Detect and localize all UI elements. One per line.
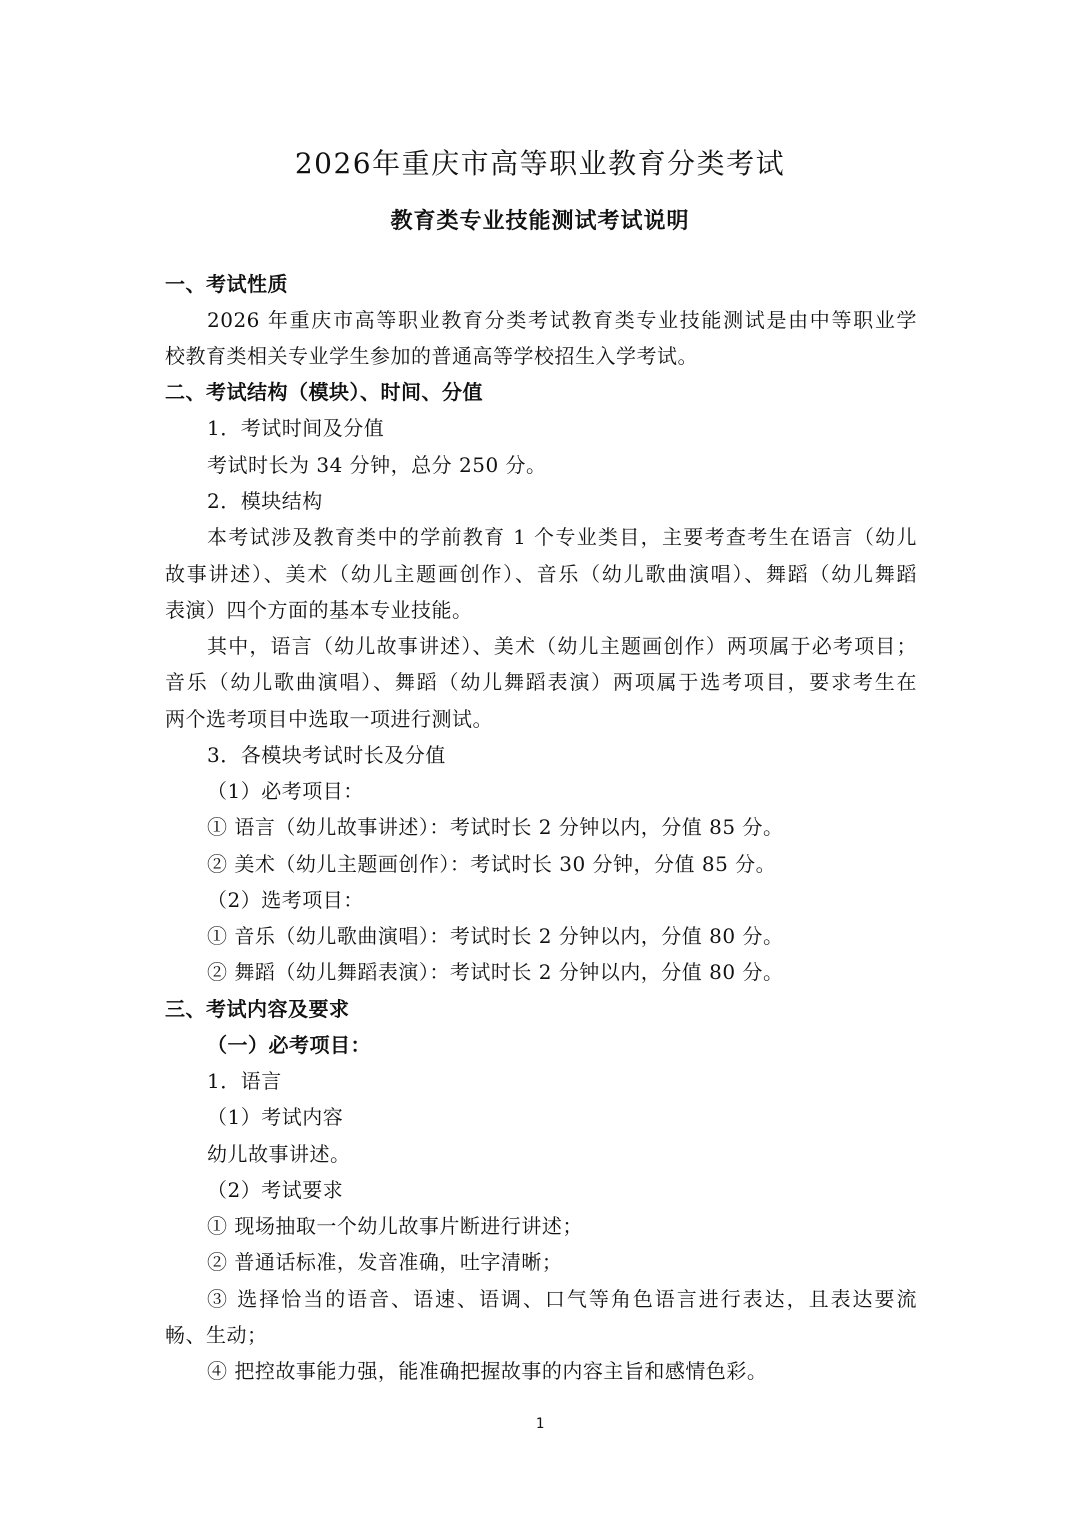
section-heading-2: 二、考试结构（模块）、时间、分值 — [165, 378, 483, 406]
document-page: 2026年重庆市高等职业教育分类考试 教育类专业技能测试考试说明 一、考试性质 … — [0, 0, 1080, 1527]
list-item-continuation: 畅、生动； — [165, 1321, 268, 1349]
list-item: ④ 把控故事能力强，能准确把握故事的内容主旨和感情色彩。 — [207, 1357, 767, 1385]
document-subtitle: 教育类专业技能测试考试说明 — [0, 204, 1080, 235]
subsection-heading: 1．语言 — [207, 1067, 282, 1095]
list-heading: （1）考试内容 — [207, 1103, 343, 1131]
subsection-heading: 1．考试时间及分值 — [207, 414, 384, 442]
list-item: ① 语言（幼儿故事讲述）：考试时长 2 分钟以内，分值 85 分。 — [207, 813, 783, 841]
paragraph-line: 本考试涉及教育类中的学前教育 1 个专业类目，主要考查考生在语言（幼儿 — [207, 523, 917, 551]
list-heading: （1）必考项目： — [207, 777, 364, 805]
list-item: ① 现场抽取一个幼儿故事片断进行讲述； — [207, 1212, 583, 1240]
list-heading: （2）考试要求 — [207, 1176, 343, 1204]
paragraph-line: 2026 年重庆市高等职业教育分类考试教育类专业技能测试是由中等职业学 — [207, 306, 917, 334]
paragraph-line: 故事讲述）、美术（幼儿主题画创作）、音乐（幼儿歌曲演唱）、舞蹈（幼儿舞蹈 — [165, 560, 917, 588]
list-item: ② 普通话标准，发音准确，吐字清晰； — [207, 1248, 562, 1276]
page-number: 1 — [0, 1416, 1080, 1432]
subsection-heading: 2．模块结构 — [207, 487, 323, 515]
subsection-heading: 3．各模块考试时长及分值 — [207, 741, 446, 769]
list-item: ① 音乐（幼儿歌曲演唱）：考试时长 2 分钟以内，分值 80 分。 — [207, 922, 783, 950]
list-item: ② 美术（幼儿主题画创作）：考试时长 30 分钟，分值 85 分。 — [207, 850, 776, 878]
paragraph-line: 校教育类相关专业学生参加的普通高等学校招生入学考试。 — [165, 342, 698, 370]
subsection-heading: （一）必考项目： — [207, 1031, 371, 1059]
paragraph-line: 两个选考项目中选取一项进行测试。 — [165, 705, 493, 733]
paragraph-line: 幼儿故事讲述。 — [207, 1140, 351, 1168]
section-heading-3: 三、考试内容及要求 — [165, 995, 350, 1023]
paragraph-line: 音乐（幼儿歌曲演唱）、舞蹈（幼儿舞蹈表演）两项属于选考项目，要求考生在 — [165, 668, 917, 696]
paragraph-line: 表演）四个方面的基本专业技能。 — [165, 596, 473, 624]
section-heading-1: 一、考试性质 — [165, 270, 288, 298]
paragraph-line: 考试时长为 34 分钟，总分 250 分。 — [207, 451, 547, 479]
list-item: ③ 选择恰当的语音、语速、语调、口气等角色语言进行表达，且表达要流 — [207, 1285, 917, 1313]
document-title: 2026年重庆市高等职业教育分类考试 — [0, 142, 1080, 182]
list-item: ② 舞蹈（幼儿舞蹈表演）：考试时长 2 分钟以内，分值 80 分。 — [207, 958, 783, 986]
list-heading: （2）选考项目： — [207, 886, 364, 914]
paragraph-line: 其中，语言（幼儿故事讲述）、美术（幼儿主题画创作）两项属于必考项目； — [207, 632, 917, 660]
